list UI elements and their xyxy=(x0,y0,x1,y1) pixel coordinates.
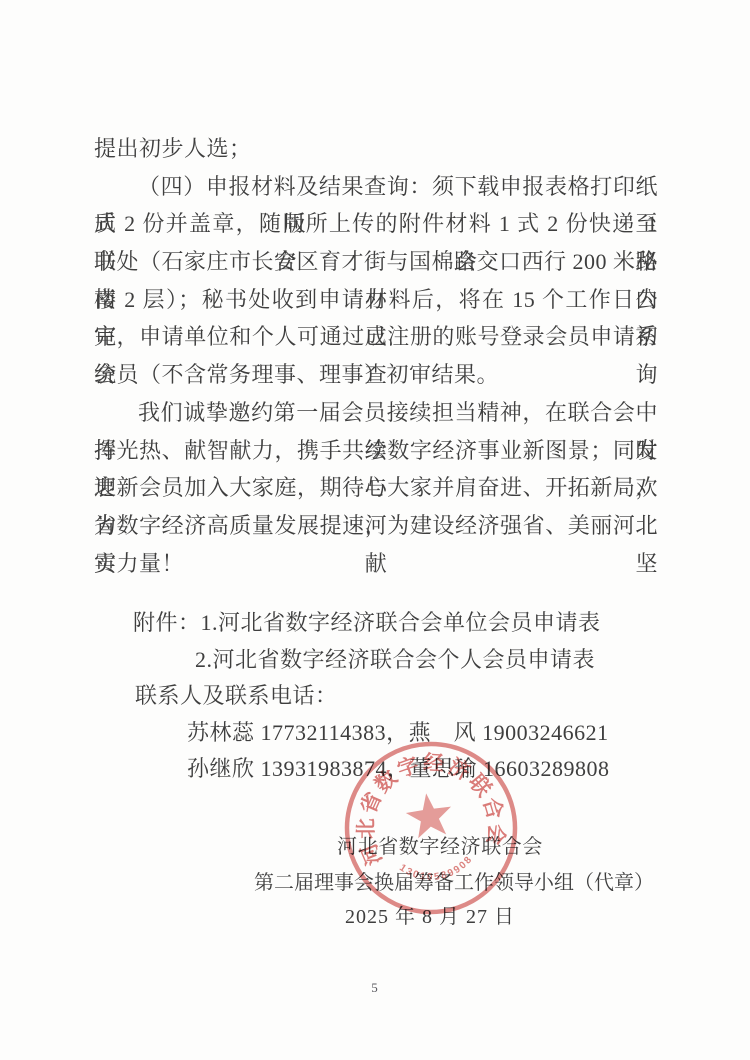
body-line: 书处（石家庄市长安区育才街与国棉路交口西行 200 米路南办公 xyxy=(94,243,658,281)
body-line: （四）申报材料及结果查询：须下载申报表格打印纸质版 1 xyxy=(94,168,658,206)
body-line: 我们诚挚邀约第一届会员接续担当精神，在联合会中持续发 xyxy=(94,394,658,432)
body-line: 楼 2 层）；秘书处收到申请材料后，将在 15 个工作日内完成初 xyxy=(94,281,658,319)
body-line: 审，申请单位和个人可通过已注册的账号登录会员申请系统查询 xyxy=(94,318,658,356)
attachments-label: 附件： xyxy=(133,610,201,635)
attachment-item-2: 2.河北省数字经济联合会个人会员申请表 xyxy=(195,647,595,672)
body-line: 式 2 份并盖章，随同所上传的附件材料 1 式 2 份快递至联合会秘 xyxy=(94,205,658,243)
attachments-line: 附件：1.河北省数字经济联合会单位会员申请表 xyxy=(94,605,694,642)
page-number: 5 xyxy=(0,980,750,996)
body-line: 挥光热、献智献力，携手共绘数字经济事业新图景；同时衷心欢 xyxy=(94,432,658,470)
body-line: 提出初步人选； xyxy=(94,130,658,168)
svg-text:13010589908: 13010589908 xyxy=(396,852,478,887)
body-line: 迎新会员加入大家庭，期待与大家并肩奋进、开拓新局，为河北 xyxy=(94,469,658,507)
document-page: 提出初步人选； （四）申报材料及结果查询：须下载申报表格打印纸质版 1 式 2 … xyxy=(0,0,750,1060)
attachment-item-1: 1.河北省数字经济联合会单位会员申请表 xyxy=(201,610,601,635)
star-icon xyxy=(404,790,455,839)
attachments-line: 2.河北省数字经济联合会个人会员申请表 xyxy=(94,642,694,679)
body-text: 提出初步人选； （四）申报材料及结果查询：须下载申报表格打印纸质版 1 式 2 … xyxy=(94,130,658,582)
body-line: 省数字经济高质量发展提速，为建设经济强省、美丽河北贡献坚 xyxy=(94,507,658,545)
official-seal: 河北省数字经济联合会 13010589908 xyxy=(324,721,539,936)
contacts-label: 联系人及联系电话： xyxy=(94,678,694,715)
seal-code: 13010589908 xyxy=(396,852,478,887)
